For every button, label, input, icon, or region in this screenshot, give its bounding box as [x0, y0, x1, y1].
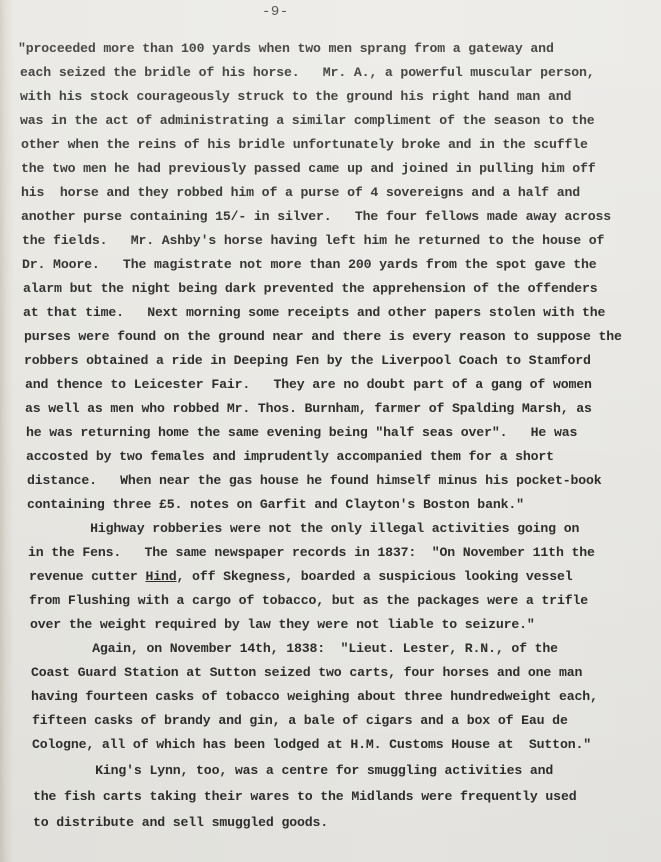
text-line: with his stock courageously struck to th… [20, 89, 571, 105]
text-line: over the weight required by law they wer… [30, 617, 535, 633]
text-line: fifteen casks of brandy and gin, a bale … [32, 713, 568, 729]
text-line: alarm but the night being dark prevented… [23, 281, 598, 297]
text-line: accosted by two females and imprudently … [26, 449, 554, 465]
text-line: and thence to Leicester Fair. They are n… [25, 377, 592, 393]
text-segment: , off Skegness, boarded a suspicious loo… [177, 569, 573, 584]
text-line: King's Lynn, too, was a centre for smugg… [33, 763, 553, 779]
text-line: the fish carts taking their wares to the… [33, 789, 576, 805]
text-line: containing three £5. notes on Garfit and… [27, 497, 524, 513]
text-line: at that time. Next morning some receipts… [23, 305, 605, 321]
text-line: another purse containing 15/- in silver.… [21, 209, 611, 225]
text-line: having fourteen casks of tobacco weighin… [31, 689, 598, 705]
text-line: robbers obtained a ride in Deeping Fen b… [24, 353, 591, 369]
text-line: the two men he had previously passed cam… [21, 161, 596, 177]
text-line: revenue cutter Hind, off Skegness, board… [29, 569, 573, 585]
text-line: Cologne, all of which has been lodged at… [32, 737, 591, 753]
text-line: each seized the bridle of his horse. Mr.… [20, 65, 595, 81]
text-line: Dr. Moore. The magistrate not more than … [22, 257, 597, 273]
text-line: from Flushing with a cargo of tobacco, b… [29, 593, 588, 609]
text-segment: revenue cutter [29, 569, 145, 584]
text-line: as well as men who robbed Mr. Thos. Burn… [25, 401, 592, 417]
text-line: distance. When near the gas house he fou… [27, 473, 602, 489]
text-line: in the Fens. The same newspaper records … [28, 545, 595, 561]
text-line: the fields. Mr. Ashby's horse having lef… [22, 233, 604, 249]
text-line: Highway robberies were not the only ille… [28, 521, 579, 537]
text-line: his horse and they robbed him of a purse… [21, 185, 580, 201]
text-line: "proceeded more than 100 yards when two … [18, 41, 554, 57]
text-line: he was returning home the same evening b… [26, 425, 577, 441]
text-line: was in the act of administrating a simil… [20, 113, 595, 129]
document-page: -9- "proceeded more than 100 yards when … [0, 0, 661, 862]
page-number: -9- [262, 4, 289, 20]
text-line: other when the reins of his bridle unfor… [21, 137, 588, 153]
text-line: to distribute and sell smuggled goods. [33, 815, 328, 831]
ship-name-underlined: Hind [145, 569, 176, 584]
text-line: Coast Guard Station at Sutton seized two… [31, 665, 582, 681]
text-line: purses were found on the ground near and… [24, 329, 622, 345]
text-line: Again, on November 14th, 1838: "Lieut. L… [30, 641, 558, 657]
